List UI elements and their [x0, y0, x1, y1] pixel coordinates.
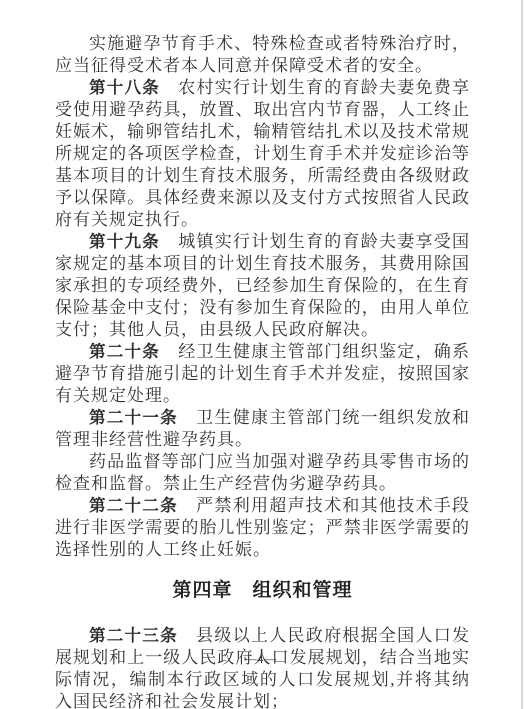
- chapter-heading: 第四章 组织和管理: [55, 578, 470, 604]
- paragraph: 第十九条 城镇实行计划生育的育龄夫妻享受国家规定的基本项目的计划生育技术服务，其…: [55, 231, 470, 341]
- paragraph: 第二十一条 卫生健康主管部门统一组织发放和管理非经营性避孕药具。: [55, 407, 470, 451]
- scan-edge-line: [521, 0, 523, 709]
- paragraph: 第二十二条 严禁利用超声技术和其他技术手段进行非医学需要的胎儿性别鉴定；严禁非医…: [55, 495, 470, 561]
- paragraphs-after-heading: 第二十三条 县级以上人民政府根据全国人口发展规划和上一级人民政府人口发展规划，结…: [55, 625, 470, 709]
- article-number: 第十八条: [89, 79, 160, 97]
- article-number: 第十九条: [89, 233, 160, 251]
- article-number: 第二十一条: [89, 409, 178, 427]
- paragraph: 药品监督等部门应当加强对避孕药具零售市场的检查和监督。禁止生产经营伪劣避孕药具。: [55, 451, 470, 495]
- article-number: 第二十三条: [89, 627, 178, 645]
- paragraph: 第二十三条 县级以上人民政府根据全国人口发展规划和上一级人民政府人口发展规划，结…: [55, 625, 470, 709]
- paragraph: 实施避孕节育手术、特殊检查或者特殊治疗时，应当征得受术者本人同意并保障受术者的安…: [55, 33, 470, 77]
- paragraphs-before-heading: 实施避孕节育手术、特殊检查或者特殊治疗时，应当征得受术者本人同意并保障受术者的安…: [55, 33, 470, 561]
- document-body: 实施避孕节育手术、特殊检查或者特殊治疗时，应当征得受术者本人同意并保障受术者的安…: [55, 33, 470, 709]
- paragraph: 第十八条 农村实行计划生育的育龄夫妻免费享受使用避孕药具，放置、取出宫内节育器，…: [55, 77, 470, 231]
- article-number: 第二十条: [89, 343, 160, 361]
- document-page: 实施避孕节育手术、特殊检查或者特殊治疗时，应当征得受术者本人同意并保障受术者的安…: [0, 0, 525, 709]
- page-number: —4—: [0, 652, 521, 667]
- paragraph: 第二十条 经卫生健康主管部门组织鉴定，确系避孕节育措施引起的计划生育手术并发症，…: [55, 341, 470, 407]
- article-number: 第二十二条: [89, 497, 178, 515]
